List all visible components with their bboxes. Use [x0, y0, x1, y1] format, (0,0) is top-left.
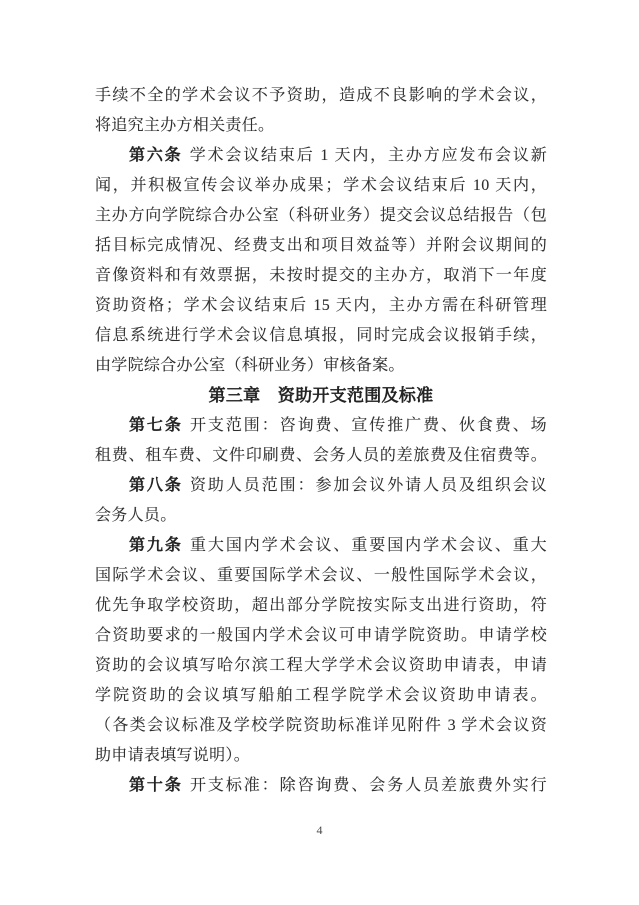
article-number: 第七条	[129, 417, 183, 434]
text-line: 主办方向学院综合办公室（科研业务）提交会议总结报告（包	[95, 201, 547, 231]
text-line: 音像资料和有效票据，未按时提交的主办方，取消下一年度	[95, 261, 547, 291]
text-line: 优先争取学校资助，超出部分学院按实际支出进行资助，符	[95, 591, 547, 621]
text-line: 租费、租车费、文件印刷费、会务人员的差旅费及住宿费等。	[95, 441, 547, 471]
chapter-heading: 第三章 资助开支范围及标准	[95, 381, 547, 411]
text-line: 资助资格；学术会议结束后 15 天内，主办方需在科研管理	[95, 291, 547, 321]
article-number: 第八条	[129, 477, 183, 494]
text-line: 信息系统进行学术会议信息填报，同时完成会议报销手续，	[95, 321, 547, 351]
article-number: 第九条	[129, 537, 183, 554]
text-line: 手续不全的学术会议不予资助，造成不良影响的学术会议，	[95, 81, 547, 111]
text-line: （各类会议标准及学校学院资助标准详见附件 3 学术会议资	[95, 711, 547, 741]
text-line: 闻，并积极宣传会议举办成果；学术会议结束后 10 天内，	[95, 171, 547, 201]
text-line: 学院资助的会议填写船舶工程学院学术会议资助申请表。	[95, 681, 547, 711]
text-line: 国际学术会议、重要国际学术会议、一般性国际学术会议，	[95, 561, 547, 591]
document-page: 手续不全的学术会议不予资助，造成不良影响的学术会议，将追究主办方相关责任。第六条…	[0, 0, 639, 905]
text-line: 助申请表填写说明）。	[95, 741, 547, 771]
text-line: 第八条资助人员范围：参加会议外请人员及组织会议	[95, 471, 547, 501]
page-number: 4	[0, 822, 639, 838]
article-number: 第六条	[129, 147, 183, 164]
text-line: 由学院综合办公室（科研业务）审核备案。	[95, 351, 547, 381]
text-line: 会务人员。	[95, 501, 547, 531]
text-line: 资助的会议填写哈尔滨工程大学学术会议资助申请表，申请	[95, 651, 547, 681]
text-line: 第六条学术会议结束后 1 天内，主办方应发布会议新	[95, 141, 547, 171]
text-line: 第七条开支范围：咨询费、宣传推广费、伙食费、场	[95, 411, 547, 441]
text-line: 合资助要求的一般国内学术会议可申请学院资助。申请学校	[95, 621, 547, 651]
article-number: 第十条	[129, 777, 183, 794]
text-line: 括目标完成情况、经费支出和项目效益等）并附会议期间的	[95, 231, 547, 261]
text-line: 第十条开支标准：除咨询费、会务人员差旅费外实行	[95, 771, 547, 801]
document-lines: 手续不全的学术会议不予资助，造成不良影响的学术会议，将追究主办方相关责任。第六条…	[95, 81, 547, 801]
text-line: 将追究主办方相关责任。	[95, 111, 547, 141]
text-line: 第九条重大国内学术会议、重要国内学术会议、重大	[95, 531, 547, 561]
